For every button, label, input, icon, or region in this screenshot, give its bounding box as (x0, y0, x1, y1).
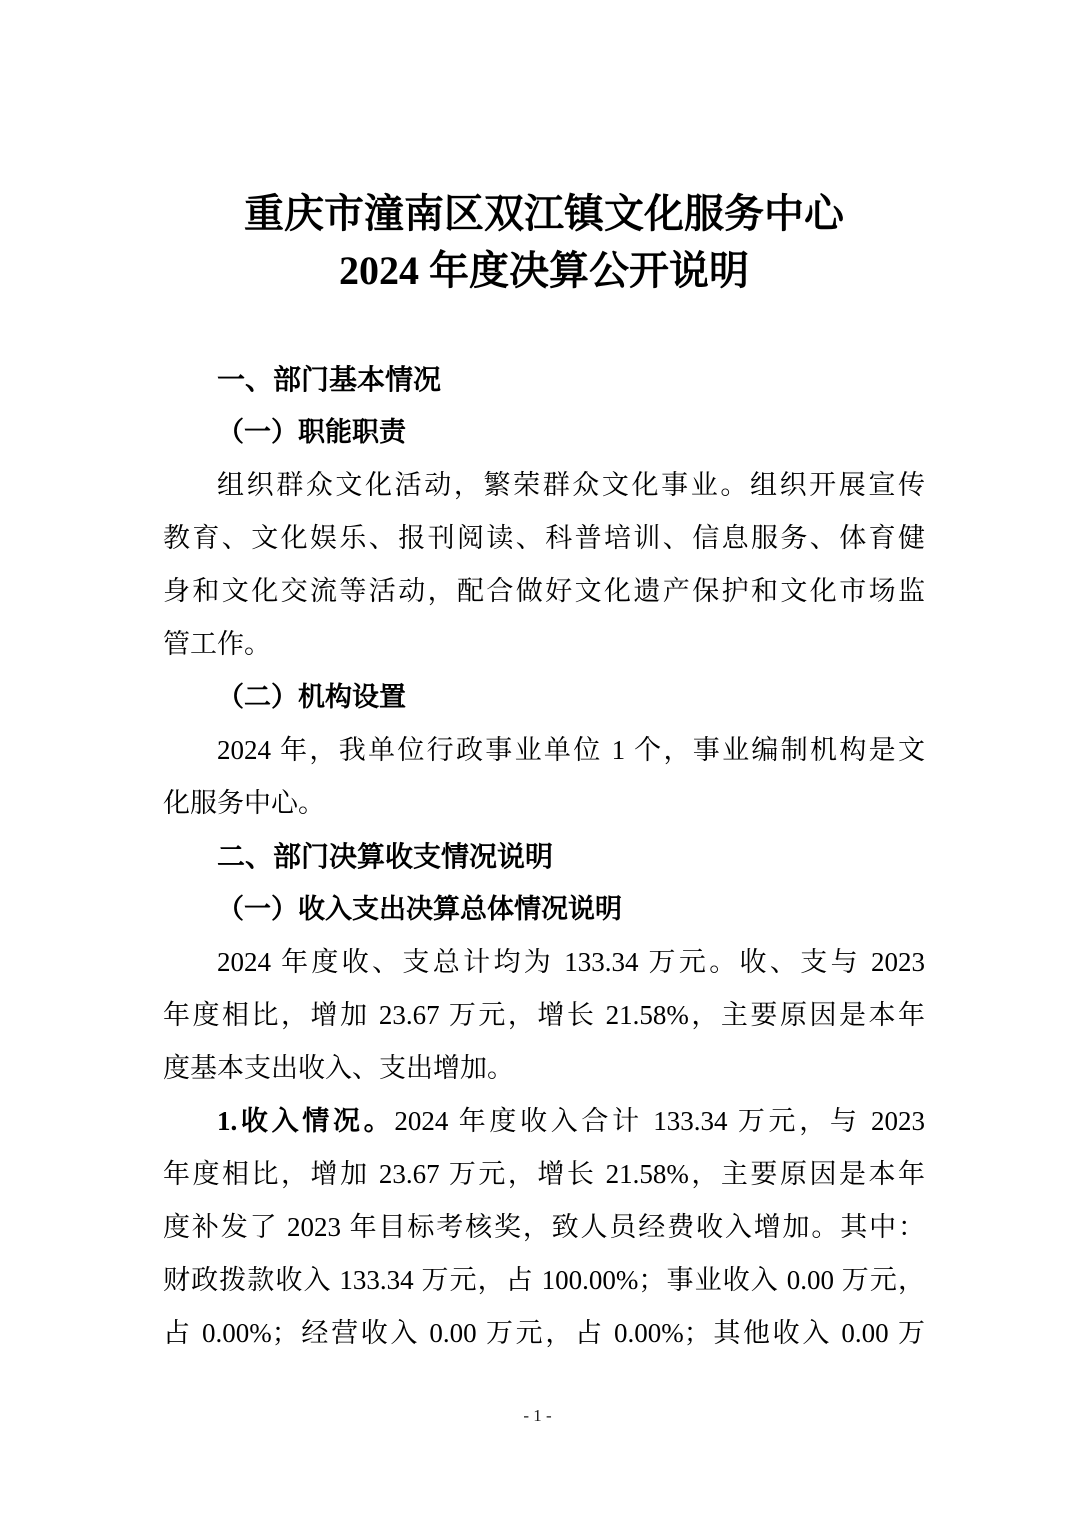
paragraph: 2024 年，我单位行政事业单位 1 个，事业编制机构是文化服务中心。 (163, 724, 925, 830)
document-page: 重庆市潼南区双江镇文化服务中心 2024 年度决算公开说明 一、部门基本情况（一… (0, 0, 1075, 1520)
paragraph-line: 教育、文化娱乐、报刊阅读、科普培训、信息服务、体育健 (163, 512, 925, 565)
section-heading: 一、部门基本情况 (163, 353, 925, 406)
paragraph-line: 度基本支出收入、支出增加。 (163, 1042, 925, 1095)
paragraph-line: 组织群众文化活动，繁荣群众文化事业。组织开展宣传 (163, 459, 925, 512)
paragraph-line: 化服务中心。 (163, 777, 925, 830)
sub-section-heading: （一）收入支出决算总体情况说明 (163, 883, 925, 936)
paragraph-line: 身和文化交流等活动，配合做好文化遗产保护和文化市场监 (163, 565, 925, 618)
paragraph: 组织群众文化活动，繁荣群众文化事业。组织开展宣传教育、文化娱乐、报刊阅读、科普培… (163, 459, 925, 671)
sub-section-heading: （一）职能职责 (163, 406, 925, 459)
paragraph-line: 财政拨款收入 133.34 万元，占 100.00%；事业收入 0.00 万元， (163, 1254, 925, 1307)
paragraph-line: 2024 年，我单位行政事业单位 1 个，事业编制机构是文 (163, 724, 925, 777)
document-title-line-2: 2024 年度决算公开说明 (163, 242, 925, 299)
paragraph-line: 占 0.00%；经营收入 0.00 万元，占 0.00%；其他收入 0.00 万 (163, 1307, 925, 1360)
paragraph-line-text: 2024 年度收入合计 133.34 万元，与 2023 (394, 1106, 925, 1136)
paragraph: 1.收入情况。2024 年度收入合计 133.34 万元，与 2023年度相比，… (163, 1095, 925, 1360)
paragraph-line: 管工作。 (163, 618, 925, 671)
paragraph-line: 年度相比，增加 23.67 万元，增长 21.58%，主要原因是本年 (163, 989, 925, 1042)
paragraph: 2024 年度收、支总计均为 133.34 万元。收、支与 2023年度相比，增… (163, 936, 925, 1095)
paragraph-line: 2024 年度收、支总计均为 133.34 万元。收、支与 2023 (163, 936, 925, 989)
paragraph-line: 1.收入情况。2024 年度收入合计 133.34 万元，与 2023 (163, 1095, 925, 1148)
paragraph-line: 度补发了 2023 年目标考核奖，致人员经费收入增加。其中： (163, 1201, 925, 1254)
document-content: 重庆市潼南区双江镇文化服务中心 2024 年度决算公开说明 一、部门基本情况（一… (163, 185, 925, 1360)
paragraph-bold-lead: 1.收入情况。 (217, 1106, 394, 1136)
document-title-line-1: 重庆市潼南区双江镇文化服务中心 (163, 185, 925, 242)
document-title: 重庆市潼南区双江镇文化服务中心 2024 年度决算公开说明 (163, 185, 925, 299)
document-flow: 一、部门基本情况（一）职能职责组织群众文化活动，繁荣群众文化事业。组织开展宣传教… (163, 353, 925, 1360)
section-heading: 二、部门决算收支情况说明 (163, 830, 925, 883)
paragraph-line: 年度相比，增加 23.67 万元，增长 21.58%，主要原因是本年 (163, 1148, 925, 1201)
page-number: - 1 - (0, 1406, 1075, 1426)
sub-section-heading: （二）机构设置 (163, 671, 925, 724)
